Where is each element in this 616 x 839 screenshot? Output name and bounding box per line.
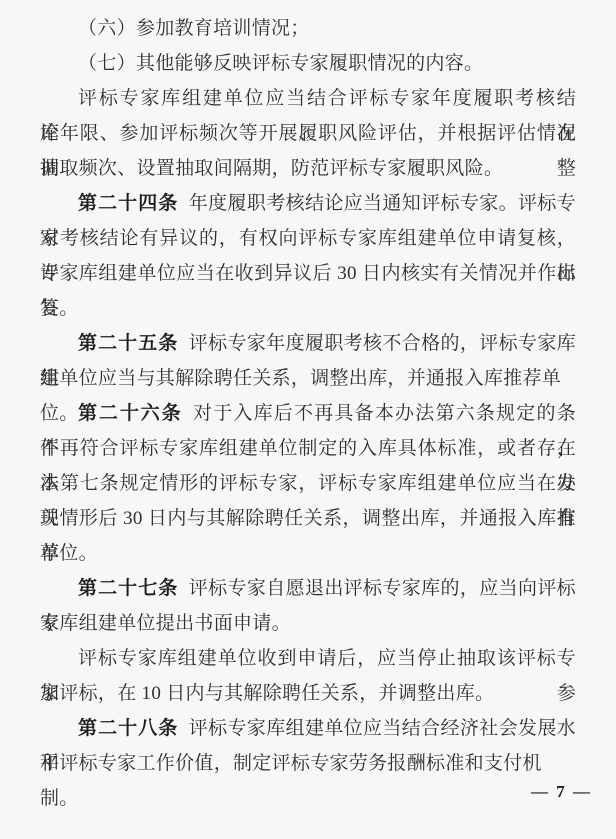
text-line: 专家库组建单位应当在收到异议后 30 日内核实有关情况并作出答 (40, 256, 576, 291)
document-page: （六）参加教育培训情况；（七）其他能够反映评标专家履职情况的内容。评标专家库组建… (0, 0, 616, 802)
text-line: 不再符合评标专家库组建单位制定的入库具体标准，或者存在本办 (40, 431, 576, 466)
page-number: — 7 — (40, 782, 616, 802)
text-line: 关情形后 30 日内与其解除聘任关系，调整出库，并通报入库推荐 (40, 501, 576, 536)
article-number: 第二十四条 (78, 193, 178, 214)
article-number: 第二十八条 (78, 718, 178, 739)
text-line: 建单位应当与其解除聘任关系，调整出库，并通报入库推荐单位。 (40, 361, 576, 396)
text-line: 对考核结论有异议的，有权向评标专家库组建单位申请复核，评标 (40, 221, 576, 256)
document-body: （六）参加教育培训情况；（七）其他能够反映评标专家履职情况的内容。评标专家库组建… (40, 11, 576, 781)
text-line: 评标专家库组建单位应当结合评标专家年度履职考核结论、在 (40, 81, 576, 116)
text-line: 家库组建单位提出书面申请。 (40, 606, 576, 641)
text-line: 单位。 (40, 536, 576, 571)
article-number: 第二十五条 (78, 333, 178, 354)
text-line: 第二十五条评标专家年度履职考核不合格的，评标专家库组 (40, 326, 576, 361)
text-line: 第二十八条评标专家库组建单位应当结合经济社会发展水平 (40, 711, 576, 746)
text-line: 第二十七条评标专家自愿退出评标专家库的，应当向评标专 (40, 571, 576, 606)
text-line: 抽取频次、设置抽取间隔期，防范评标专家履职风险。 (40, 151, 576, 186)
text-line: 第二十六条对于入库后不再具备本办法第六条规定的条件， (40, 396, 576, 431)
text-line: （七）其他能够反映评标专家履职情况的内容。 (40, 46, 576, 81)
text-line: 评标专家库组建单位收到申请后，应当停止抽取该评标专家参 (40, 641, 576, 676)
text-line: （六）参加教育培训情况； (40, 11, 576, 46)
text-line: 和评标专家工作价值，制定评标专家劳务报酬标准和支付机制。 (40, 746, 576, 781)
text-line: 法第七条规定情形的评标专家，评标专家库组建单位应当在发现有 (40, 466, 576, 501)
text-line: 第二十四条年度履职考核结论应当通知评标专家。评标专家 (40, 186, 576, 221)
article-number: 第二十七条 (78, 578, 178, 599)
article-number: 第二十六条 (78, 403, 183, 424)
text-line: 复。 (40, 291, 576, 326)
text-line: 库年限、参加评标频次等开展履职风险评估，并根据评估情况调整 (40, 116, 576, 151)
